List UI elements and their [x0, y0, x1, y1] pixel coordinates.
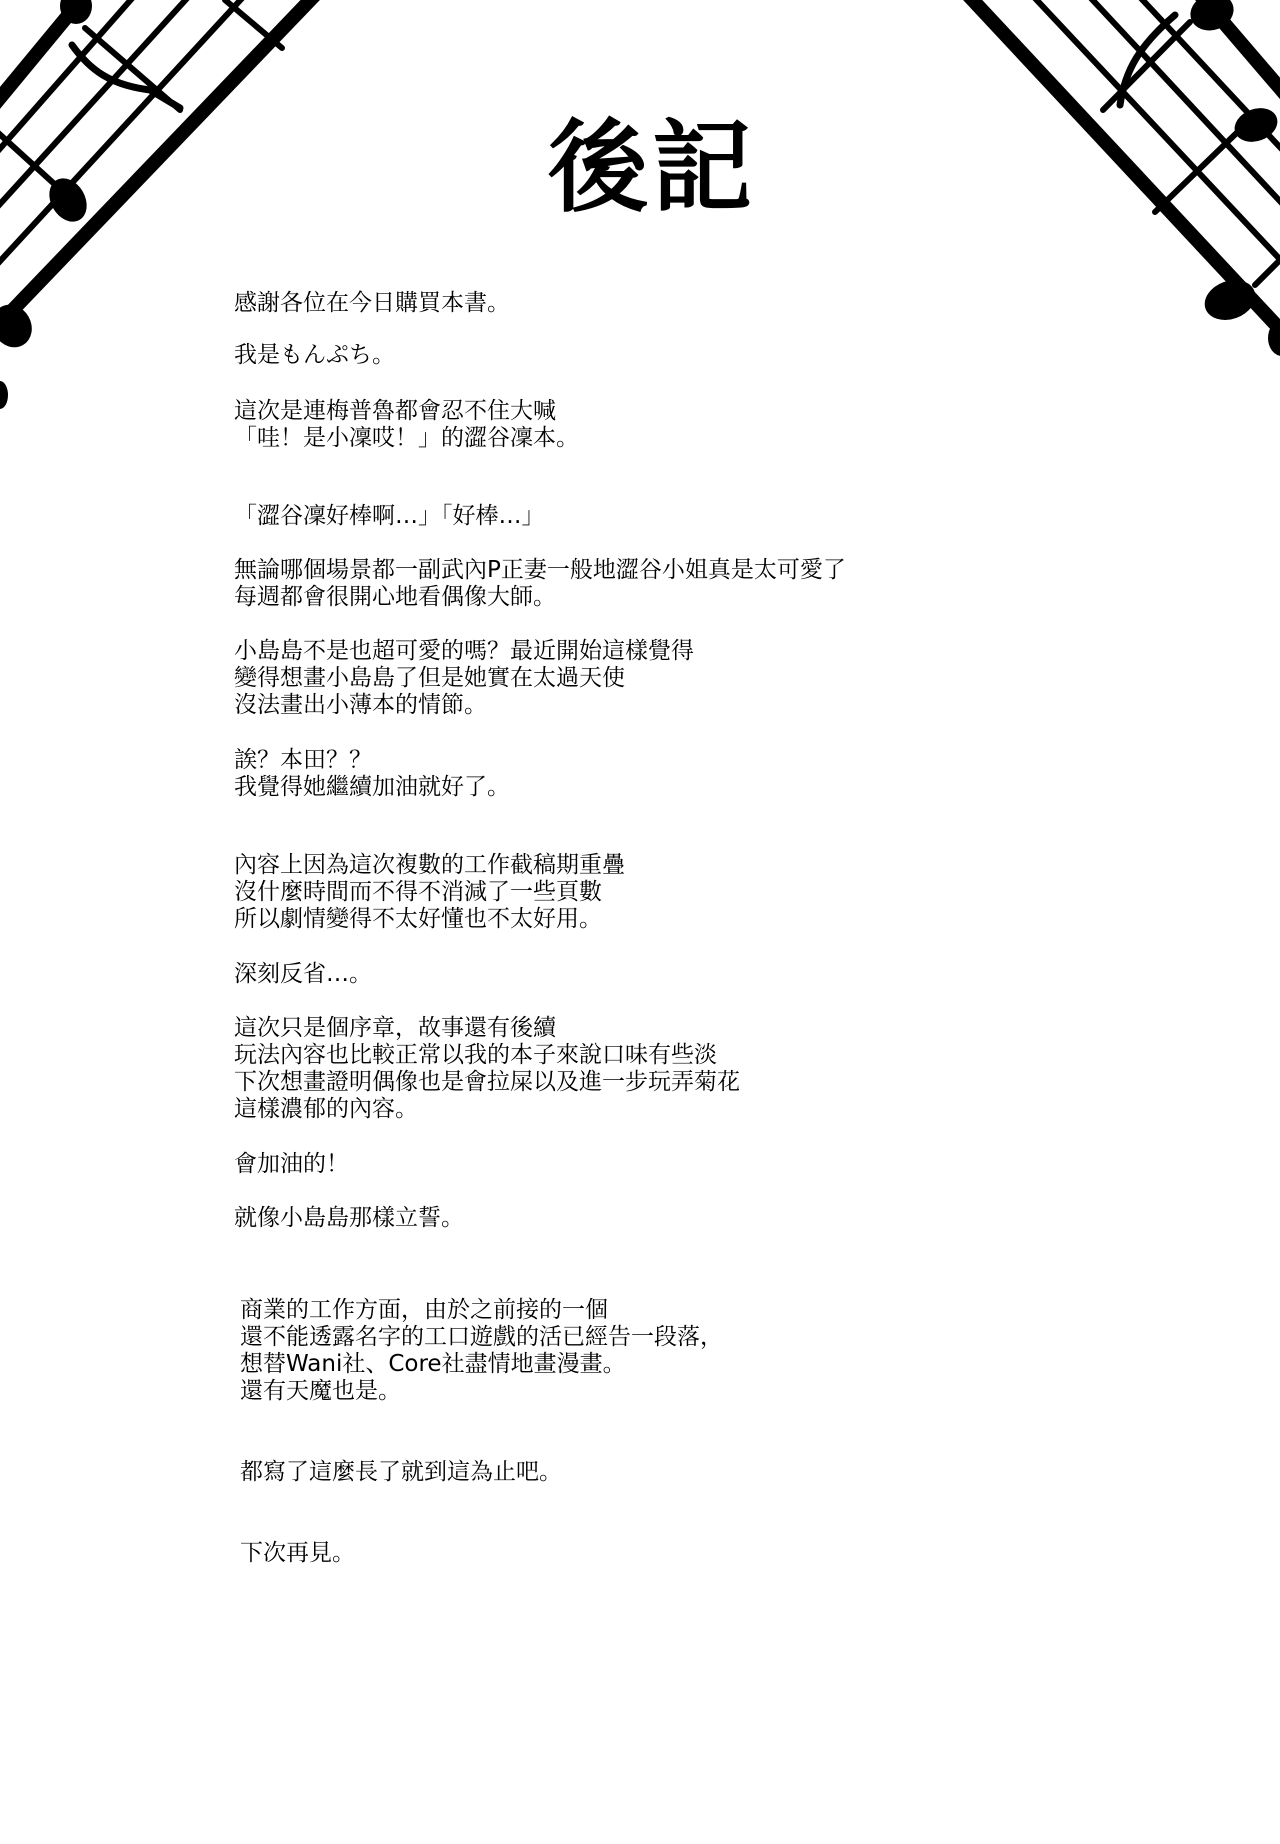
paragraph-next-line: 這樣濃郁的內容。 [234, 1096, 418, 1123]
paragraph-shimamura-line: 變得想畫小島島了但是她實在太過天使 [234, 665, 625, 692]
paragraph-closing-line: 都寫了這麼長了就到這為止吧。 [240, 1459, 562, 1486]
paragraph-cute-line: 每週都會很開心地看偶像大師。 [234, 584, 556, 611]
paragraph-reflect-line: 深刻反省…。 [234, 961, 372, 988]
paragraph-commercial-line: 想替Wani社、Core社盡情地畫漫畫。 [240, 1351, 626, 1378]
paragraph-farewell-line: 下次再見。 [240, 1540, 355, 1567]
paragraph-content-line: 所以劇情變得不太好懂也不太好用。 [234, 906, 602, 933]
page-title: 後記 [548, 108, 756, 228]
paragraph-commercial-line: 還有天魔也是。 [240, 1378, 401, 1405]
paragraph-effort-line: 會加油的！ [234, 1151, 349, 1178]
paragraph-praise-line: 「澀谷凜好棒啊…」「好棒…」 [234, 503, 545, 530]
paragraph-commercial-line: 商業的工作方面，由於之前接的一個 [240, 1297, 608, 1324]
paragraph-vow-line: 就像小島島那樣立誓。 [234, 1205, 464, 1232]
paragraph-shimamura-line: 沒法畫出小薄本的情節。 [234, 692, 487, 719]
paragraph-content-line: 內容上因為這次複數的工作截稿期重疊 [234, 852, 625, 879]
paragraph-honda-line: 我覺得她繼續加油就好了。 [234, 774, 510, 801]
paragraph-next-line: 玩法內容也比較正常以我的本子來說口味有些淡 [234, 1042, 717, 1069]
paragraph-next-line: 下次想畫證明偶像也是會拉屎以及進一步玩弄菊花 [234, 1069, 740, 1096]
paragraph-honda-line: 誒？本田？？ [234, 747, 372, 774]
paragraph-content-line: 沒什麼時間而不得不消減了一些頁數 [234, 879, 602, 906]
paragraph-thanks-line: 感謝各位在今日購買本書。 [234, 290, 510, 317]
music-staff-right-icon [950, 0, 1280, 380]
paragraph-intro-line: 我是もんぷち。 [234, 342, 395, 369]
paragraph-shimamura-line: 小島島不是也超可愛的嗎？最近開始這樣覺得 [234, 638, 694, 665]
paragraph-next-line: 這次只是個序章，故事還有後續 [234, 1015, 556, 1042]
paragraph-commercial-line: 還不能透露名字的工口遊戲的活已經告一段落， [240, 1324, 723, 1351]
paragraph-cute-line: 無論哪個場景都一副武內P正妻一般地澀谷小姐真是太可愛了 [234, 557, 846, 584]
paragraph-about-line: 這次是連梅普魯都會忍不住大喊 [234, 398, 556, 425]
paragraph-about-line: 「哇！是小凜哎！」的澀谷凜本。 [234, 425, 579, 452]
